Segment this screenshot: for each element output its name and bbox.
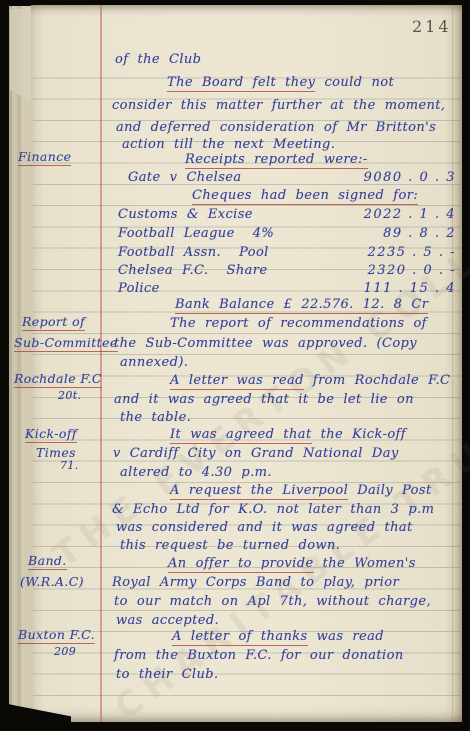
line-text-underlined: Receipts reported were:-: [185, 152, 368, 169]
margin-note-rochdale: Rochdale F.C: [14, 371, 102, 388]
margin-note-kickoff: Kick-off: [25, 426, 77, 443]
handwritten-line: Receipts reported were:-: [185, 152, 368, 167]
handwritten-line: to their Club.: [116, 667, 219, 682]
handwritten-line: the Sub-Committee was approved. (Copy: [114, 336, 417, 351]
finance-label: Chelsea F.C. Share: [118, 263, 267, 278]
finance-label: Football Assn. Pool: [118, 245, 269, 260]
line-text: The report of recommendations of: [170, 316, 427, 331]
finance-row: Customs & Excise2022 . 1 . 4: [0, 207, 470, 225]
line-text: was read: [308, 629, 384, 644]
line-text: v Cardiff City on Grand National Day: [113, 446, 399, 461]
line-text-underlined: A letter of thanks: [172, 629, 308, 646]
margin-note-finance: Finance: [18, 149, 71, 166]
finance-label: Police: [118, 281, 160, 296]
handwritten-line: Cheques had been signed for:: [192, 188, 418, 203]
line-text-underlined: Bank Balance £ 22.576. 12. 8 Cr: [175, 297, 428, 314]
handwritten-line: was considered and it was agreed that: [116, 520, 413, 535]
handwritten-line: The report of recommendations of: [170, 316, 427, 331]
line-text: this request be turned down.: [120, 538, 340, 553]
scanned-minute-book-page: { "doc": { "page_number": "214", "waterm…: [0, 0, 470, 731]
margin-note-buxton-number: 209: [54, 645, 76, 658]
finance-row: Football Assn. Pool2235 . 5 . -: [0, 245, 470, 263]
line-text: from Rochdale F.C: [304, 373, 451, 388]
line-text: could not: [315, 75, 394, 90]
handwritten-line: of the Club: [115, 52, 201, 67]
line-text: annexed).: [120, 355, 188, 370]
line-text: of the Club: [115, 52, 201, 67]
line-text-underlined: The Board felt they: [167, 75, 315, 92]
handwritten-line: It was agreed that the Kick-off: [170, 427, 406, 442]
margin-note-buxton: Buxton F.C.: [18, 627, 95, 644]
line-text: the Kick-off: [312, 427, 406, 442]
book-page-edge-stack: [9, 6, 32, 722]
finance-label: Gate v Chelsea: [128, 170, 242, 185]
right-margin-rule: [452, 5, 453, 722]
line-text-underlined: It was agreed that: [170, 427, 312, 444]
handwritten-line: An offer to provide the Women's: [168, 556, 416, 571]
handwritten-line: A request the Liverpool Daily Post: [170, 483, 432, 498]
line-text: altered to 4.30 p.m.: [120, 465, 272, 480]
handwritten-line: Bank Balance £ 22.576. 12. 8 Cr: [175, 297, 428, 312]
line-text: Royal Army Corps Band to play, prior: [112, 575, 399, 590]
line-text-underlined: An offer to provide: [168, 556, 314, 573]
finance-amount: 9080 . 0 . 3: [322, 170, 456, 185]
finance-amount: 2022 . 1 . 4: [322, 207, 456, 222]
line-text: the table.: [120, 410, 191, 425]
margin-note-rochdale-number: 20t.: [58, 389, 82, 402]
line-text: Daily Post: [348, 483, 431, 498]
line-text: and deferred consideration of Mr Britton…: [116, 120, 436, 135]
handwritten-line: consider this matter further at the mome…: [112, 98, 445, 113]
handwritten-line: was accepted.: [116, 613, 219, 628]
handwritten-line: action till the next Meeting.: [122, 137, 335, 152]
handwritten-line: & Echo Ltd for K.O. not later than 3 p.m: [112, 502, 434, 517]
finance-label: Customs & Excise: [118, 207, 253, 222]
handwritten-line: A letter of thanks was read: [172, 629, 384, 644]
handwritten-line: and deferred consideration of Mr Britton…: [116, 120, 436, 135]
margin-note-kickoff-number: 71.: [60, 459, 79, 472]
finance-amount: 111 . 15 . 4: [322, 281, 456, 296]
finance-amount: 89 . 8 . 2: [322, 226, 456, 241]
handwritten-line: to our match on Apl 7th, without charge,: [114, 594, 431, 609]
finance-row: Football League 4%89 . 8 . 2: [0, 226, 470, 244]
finance-amount: 2320 . 0 . -: [322, 263, 456, 278]
handwritten-line: The Board felt they could not: [167, 75, 394, 90]
finance-row: Gate v Chelsea9080 . 0 . 3: [0, 170, 470, 188]
line-text: from the Buxton F.C. for our donation: [114, 648, 404, 663]
margin-note-band: Band.: [28, 553, 67, 570]
margin-note-wrac: (W.R.A.C): [20, 574, 84, 589]
line-text: & Echo Ltd for K.O. not later than 3 p.m: [112, 502, 434, 517]
handwritten-line: Royal Army Corps Band to play, prior: [112, 575, 399, 590]
finance-row: Chelsea F.C. Share2320 . 0 . -: [0, 263, 470, 281]
line-text: and it was agreed that it be let lie on: [114, 392, 414, 407]
handwritten-line: this request be turned down.: [120, 538, 340, 553]
handwritten-line: from the Buxton F.C. for our donation: [114, 648, 404, 663]
line-text: the Women's: [314, 556, 416, 571]
line-text-underlined: Cheques had been signed for:: [192, 188, 418, 205]
line-text: to their Club.: [116, 667, 219, 682]
margin-note-sub-committee: Sub-Committee: [14, 335, 118, 352]
line-text: action till the next Meeting.: [122, 137, 335, 152]
handwritten-line: the table.: [120, 410, 191, 425]
handwritten-line: A letter was read from Rochdale F.C: [170, 373, 450, 388]
line-text: was considered and it was agreed that: [116, 520, 413, 535]
handwritten-line: v Cardiff City on Grand National Day: [113, 446, 399, 461]
handwritten-line: altered to 4.30 p.m.: [120, 465, 272, 480]
line-text-underlined: A request the Liverpool: [170, 483, 348, 500]
margin-note-times: Times: [36, 445, 76, 460]
left-margin-rule: [100, 5, 102, 722]
page-number: 214: [412, 17, 452, 36]
finance-label: Football League 4%: [118, 226, 274, 241]
line-text: the Sub-Committee was approved. (Copy: [114, 336, 417, 351]
handwritten-line: annexed).: [120, 355, 188, 370]
finance-amount: 2235 . 5 . -: [322, 245, 456, 260]
line-text-underlined: A letter was read: [170, 373, 304, 390]
line-text: was accepted.: [116, 613, 219, 628]
handwritten-line: and it was agreed that it be let lie on: [114, 392, 414, 407]
line-text: to our match on Apl 7th, without charge,: [114, 594, 431, 609]
line-text: consider this matter further at the mome…: [112, 98, 445, 113]
margin-note-report-of: Report of: [22, 314, 85, 331]
